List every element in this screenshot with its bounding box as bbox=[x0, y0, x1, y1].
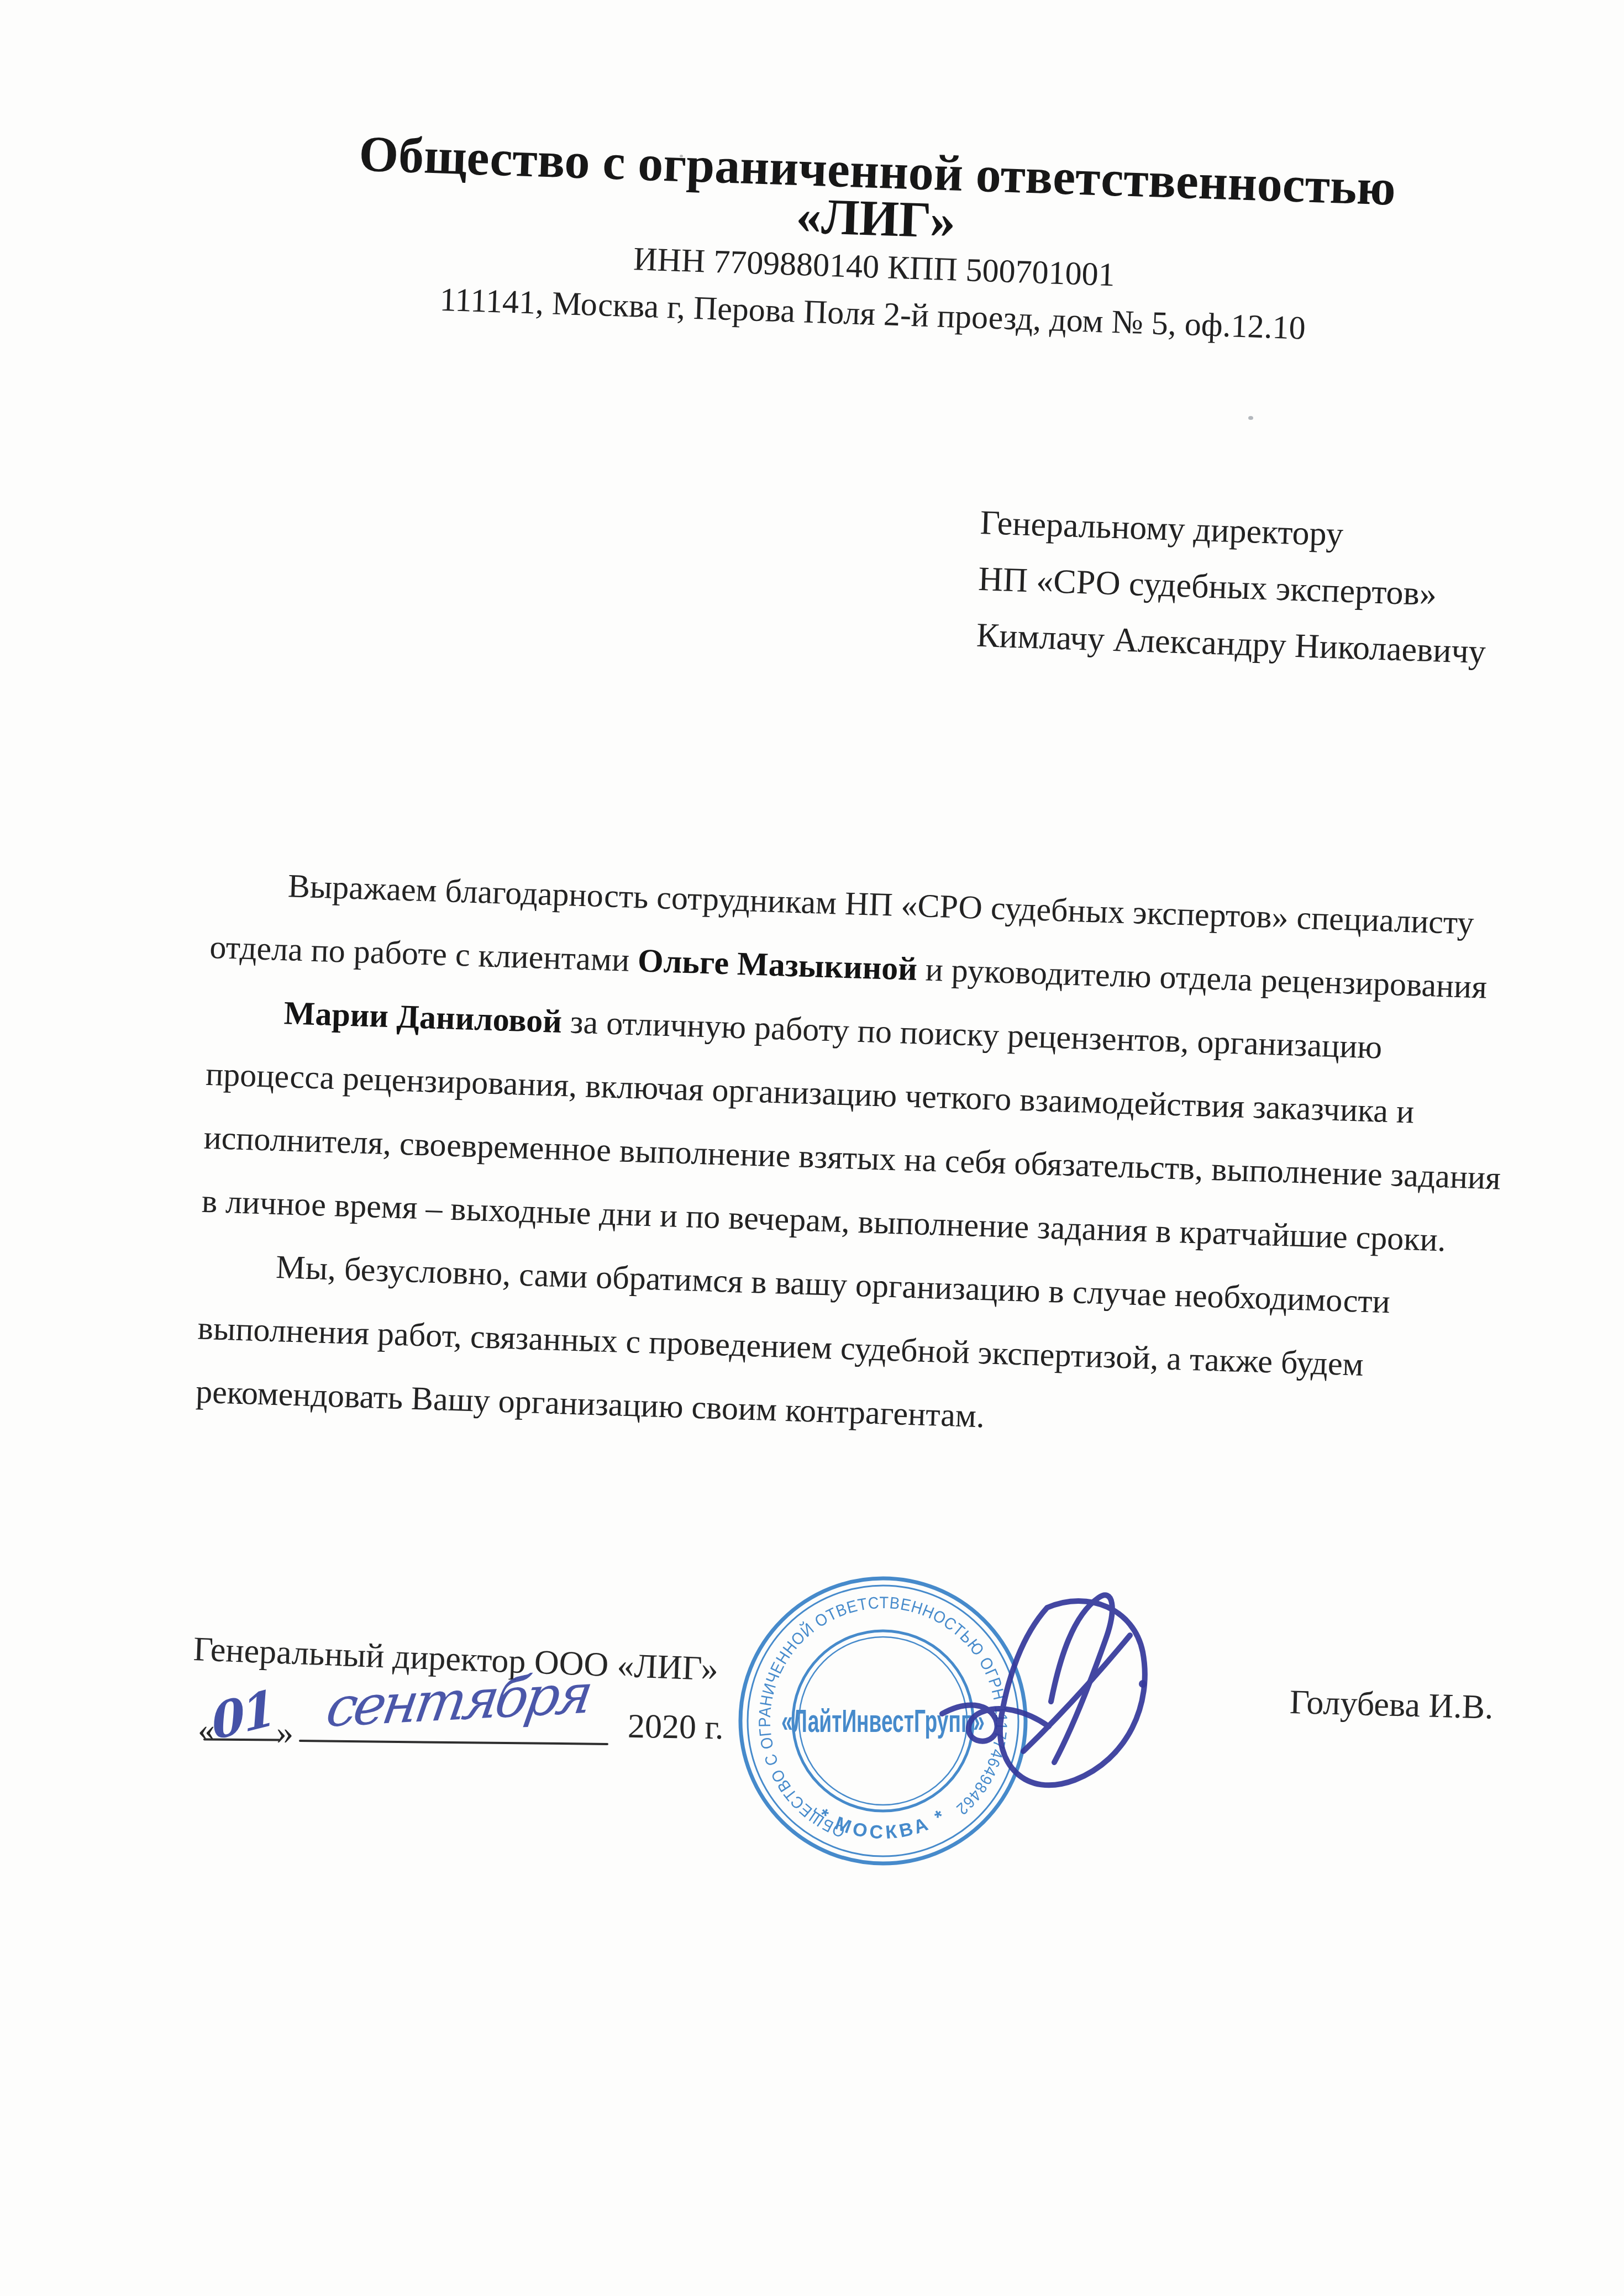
scan-speck bbox=[680, 155, 683, 157]
handwritten-month: сентября bbox=[322, 1662, 594, 1740]
letterhead: Общество с ограниченной ответственностью… bbox=[332, 125, 1425, 161]
body-lines: Выражаем благодарность сотрудникам НП «С… bbox=[195, 852, 1538, 1465]
body-text: рекомендовать Вашу организацию своим кон… bbox=[195, 1373, 985, 1435]
signature-ink-icon bbox=[906, 1569, 1194, 1807]
recipient-line: Генеральному директору bbox=[980, 504, 1344, 554]
scan-speck bbox=[1248, 416, 1253, 420]
signature-dot bbox=[1139, 1680, 1147, 1688]
letter-page: Общество с ограниченной ответственностью… bbox=[0, 0, 1624, 2296]
year-label: 2020 г. bbox=[628, 1707, 724, 1747]
body-text: и руководителю отдела рецензирования bbox=[917, 951, 1488, 1005]
month-underline bbox=[299, 1740, 608, 1745]
recipient-line: НП «СРО судебных экспертов» bbox=[977, 560, 1437, 613]
recipient-block: Генеральному директору НП «СРО судебных … bbox=[981, 504, 1533, 522]
body-text: отдела по работе с клиентами bbox=[209, 929, 639, 978]
body-text: за отличную работу по поиску рецензентов… bbox=[561, 1003, 1383, 1066]
day-close-quote: » bbox=[276, 1713, 293, 1752]
recipient-line: Кимлачу Александру Николаевичу bbox=[976, 617, 1486, 671]
body-text-bold: Марии Даниловой bbox=[283, 994, 563, 1040]
body-text-bold: Ольге Мазыкиной bbox=[637, 942, 918, 987]
signer-name: Голубева И.В. bbox=[1289, 1683, 1494, 1728]
